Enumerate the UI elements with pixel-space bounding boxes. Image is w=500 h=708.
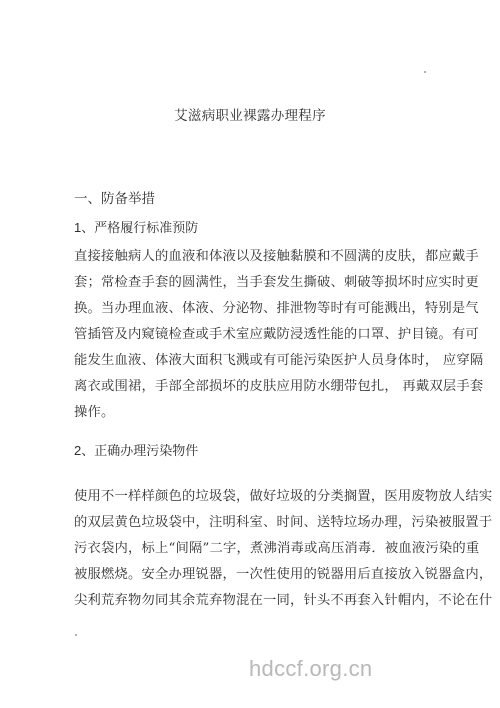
document-page: 艾滋病职业裸露办理程序 一、防备举措 1、严格履行标准预防 直接接触病人的血液和…	[0, 0, 500, 708]
paragraph-line: 污衣袋内，标上“间隔”二字，煮沸消毒或高压消毒．被血液污染的重	[74, 536, 434, 562]
paragraph-contaminated-items: 使用不一样样颜色的垃圾袋，做好垃圾的分类搁置，医用废物放人结实 的双层黄色垃圾袋…	[74, 484, 434, 614]
paragraph-line: 换。当办理血液、体液、分泌物、排泄物等时有可能溅出，特别是气	[74, 296, 434, 322]
paragraph-standard-precautions: 直接接触病人的血液和体液以及接触黏膜和不圆满的皮肤，都应戴手 套；常检查手套的圆…	[74, 244, 434, 426]
subsection-separator: 、	[81, 444, 94, 459]
page-mark-dot	[75, 634, 77, 636]
paragraph-line: 管插管及内窥镜检查或手术室应戴防浸透性能的口罩、护目镜。有可	[74, 322, 434, 348]
paragraph-line: 套；常检查手套的圆满性，当手套发生撕破、刺破等损坏时应实时更	[74, 270, 434, 296]
paragraph-line: 使用不一样样颜色的垃圾袋，做好垃圾的分类搁置，医用废物放人结实	[74, 484, 434, 510]
subsection-heading-2: 2、正确办理污染物件	[74, 440, 198, 459]
subsection-title: 正确办理污染物件	[94, 444, 198, 459]
watermark-text: hdccf.org.cn	[249, 656, 372, 682]
subsection-separator: 、	[81, 221, 94, 236]
paragraph-line: 直接接触病人的血液和体液以及接触黏膜和不圆满的皮肤，都应戴手	[74, 244, 434, 270]
paragraph-line: 被服燃烧。安全办理锐器，一次性使用的锐器用后直接放入锐器盒内，	[74, 562, 434, 588]
page-mark-dot	[424, 71, 426, 73]
document-title: 艾滋病职业裸露办理程序	[0, 104, 500, 124]
paragraph-line: 操作。	[74, 400, 434, 426]
subsection-title: 严格履行标准预防	[94, 221, 198, 236]
paragraph-line: 的双层黄色垃圾袋中，注明科室、时间、送特垃场办理，污染被服置于	[74, 510, 434, 536]
paragraph-line: 尖利荒弃物勿同其余荒弃物混在一同，针头不再套入针帽内，不论在什	[74, 588, 434, 614]
paragraph-line: 离衣或围裙，手部全部损坏的皮肤应用防水绷带包扎， 再戴双层手套	[74, 374, 434, 400]
subsection-heading-1: 1、严格履行标准预防	[74, 217, 198, 236]
section-heading: 一、防备举措	[74, 187, 155, 207]
paragraph-line: 能发生血液、体液大面积飞溅或有可能污染医护人员身体时， 应穿隔	[74, 348, 434, 374]
